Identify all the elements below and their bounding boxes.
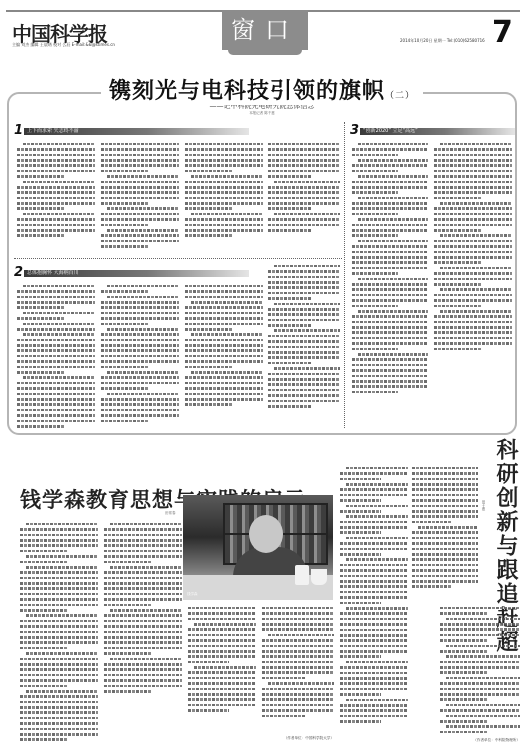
feature-col-6: [434, 140, 512, 428]
person-head: [249, 515, 283, 553]
portrait-photo: 钱学森: [183, 495, 333, 600]
section-title: 上下而求索 矢志终不渝: [24, 128, 249, 135]
masthead: 中国科学报 主编 刘杰 编辑 王晨绪 校对 么辰 E-mail:&&@stime…: [0, 0, 524, 50]
page-number: 7: [492, 15, 513, 50]
feature-title-text: 镌刻光与电科技引领的旗帜: [109, 79, 385, 104]
feature-headline: 镌刻光与电科技引领的旗帜（二）: [0, 74, 524, 105]
section-title: 总体抱胸怀 大海纳百川: [24, 270, 249, 277]
article3-source: （作者单位：中科院物理所）: [440, 738, 520, 743]
article3-byline: 田千惠: [481, 500, 487, 511]
feature-title-suffix: （二）: [385, 91, 415, 101]
article2-col-5: [340, 464, 408, 746]
article2-source: （作者单位：中国科学院大学）: [262, 736, 334, 741]
feature-col-7: [17, 282, 95, 428]
article2-col-4: [262, 604, 334, 736]
feature-col-1: [17, 140, 95, 254]
section-number: 3: [350, 126, 359, 136]
feature-col-4: [268, 140, 340, 254]
feature-col-9: [185, 282, 263, 428]
section-heading-3: 3 “创新2020” 立足“高远”: [350, 126, 515, 136]
feature-col-8: [101, 282, 179, 428]
article2-col-3: [188, 604, 256, 745]
issue-date: 2014年10月20日 星期一 Tel:(010)62580716: [400, 38, 485, 44]
article2-col-1: [20, 520, 98, 745]
article3-col-1: [412, 464, 478, 604]
feature-col-3: [185, 140, 263, 254]
article2-col-2: [104, 520, 182, 745]
editor-credits: 主编 刘杰 编辑 王晨绪 校对 么辰 E-mail:&&@stimes.cn: [12, 42, 115, 48]
mug: [295, 565, 309, 585]
section-heading-1: 1 上下而求索 矢志终不渝: [14, 126, 249, 136]
feature-col-10: [268, 262, 340, 428]
section-number: 1: [14, 126, 23, 136]
column-divider: [344, 122, 345, 428]
feature-byline: 本报记者 陈千惠: [0, 111, 524, 116]
feature-col-5: [352, 140, 428, 428]
section-tab-base: [228, 50, 302, 55]
section-divider: [14, 258, 342, 259]
feature-col-2: [101, 140, 179, 254]
section-number: 2: [14, 268, 23, 278]
section-heading-2: 2 总体抱胸怀 大海纳百川: [14, 268, 249, 278]
photo-caption: 钱学森: [187, 592, 198, 597]
teacup: [311, 569, 327, 585]
article-byline: 田常春: [165, 511, 176, 516]
section-tab: 窗口: [222, 10, 308, 50]
article3-col-2: [440, 604, 520, 736]
section-title: “创新2020” 立足“高远”: [360, 128, 515, 135]
